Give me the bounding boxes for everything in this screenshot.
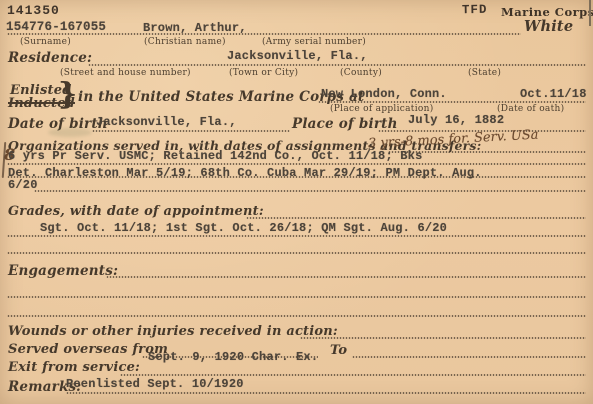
dotted-rule [352,356,586,358]
race-entry: White [524,18,573,35]
dotted-rule [7,33,521,35]
remarks-entry: Reenlisted Sept. 10/1920 [66,377,244,391]
date-of-birth-entry: Jacksonville, Fla., [96,115,237,129]
army-serial-label: (Army serial number) [262,37,366,47]
dotted-rule [7,176,586,178]
dotted-rule [246,217,586,219]
dotted-rule [106,276,586,278]
residence-label: Residence: [8,50,92,66]
street-label: (Street and house number) [60,68,191,78]
dotted-rule [7,296,586,298]
wounds-label: Wounds or other injuries received in act… [8,324,338,339]
dotted-rule [7,252,586,254]
tfd-stamp: TFD [462,3,488,17]
date-of-oath-label: (Date of oath) [497,104,564,114]
exit-from-service-label: Exit from service: [8,360,140,375]
exit-from-service-entry: Sept. 9, 1920 Char. Ex. [148,350,318,364]
ink-smudge [48,128,92,137]
dotted-rule [7,235,586,237]
dotted-rule [7,315,586,317]
enlistment-place-entry: New London, Conn. [321,87,447,101]
served-overseas-label: Served overseas from [8,342,168,357]
brace-glyph: } [58,80,77,110]
place-of-birth-entry: July 16, 1882 [408,113,504,127]
surname-label: (Surname) [20,37,71,47]
serial-numbers-entry: 154776-167055 [6,20,106,34]
organizations-entry-line1: 6 yrs Pr Serv. USMC; Retained 142nd Co.,… [8,149,422,163]
dotted-rule [318,101,586,103]
grades-entry: Sgt. Oct. 11/18; 1st Sgt. Oct. 26/18; QM… [40,221,447,235]
dotted-rule [66,392,586,394]
state-label: (State) [468,68,501,78]
dotted-rule [120,374,586,376]
overseas-to-label: To [330,343,347,358]
dotted-rule [34,190,586,192]
town-label: (Town or City) [229,68,298,78]
enlistment-date-entry: Oct.11/18 [520,87,587,101]
residence-entry: Jacksonville, Fla., [227,49,368,63]
christian-name-label: (Christian name) [144,37,226,47]
service-record-card: 141350 TFD Marine Corps White 154776-167… [0,0,593,404]
dotted-rule [88,64,586,66]
county-label: (County) [340,68,382,78]
engagements-label: Engagements: [8,263,118,279]
scan-edge-line [589,0,591,26]
file-number-stamp: 141350 [7,3,60,18]
dotted-rule [7,163,586,165]
dotted-rule [92,130,290,132]
dotted-rule [300,337,586,339]
branch-title: Marine Corps [501,5,593,19]
grades-label: Grades, with date of appointment: [8,204,264,219]
